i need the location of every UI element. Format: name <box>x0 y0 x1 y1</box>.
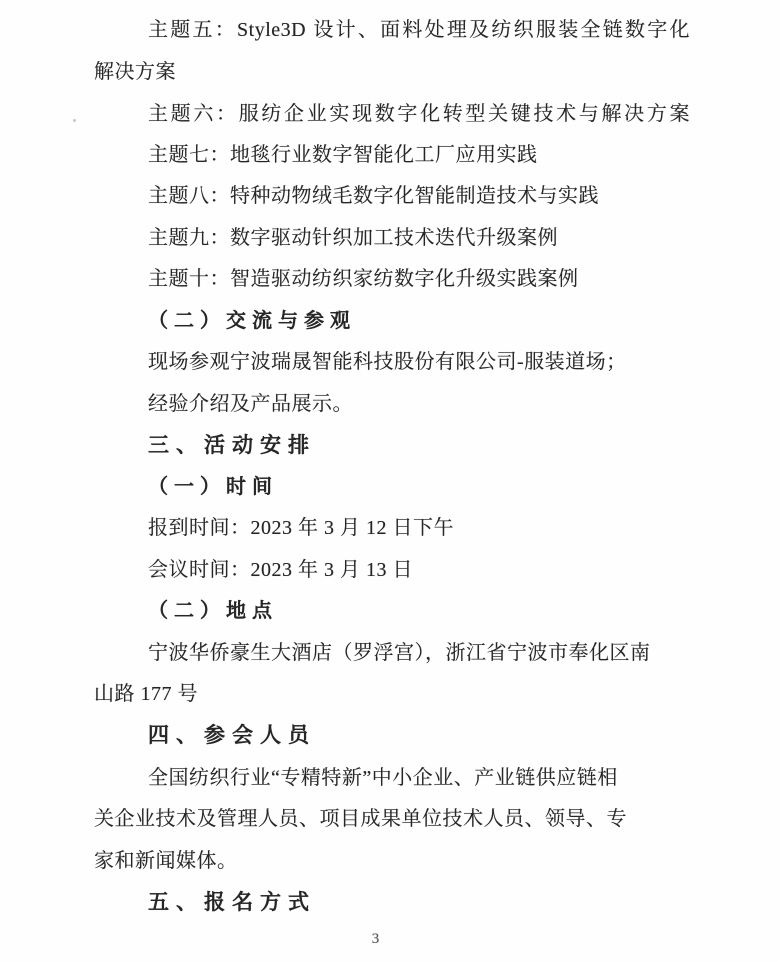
page-number: 3 <box>0 931 752 948</box>
topic-6: 主题六：服纺企业实现数字化转型关键技术与解决方案 <box>94 101 690 127</box>
section-heading-registration: 五、报名方式 <box>94 890 690 916</box>
subsection-heading-location: （二）地点 <box>94 598 690 624</box>
topic-9: 主题九：数字驱动针织加工技术迭代升级案例 <box>94 225 690 251</box>
location-line-2: 山路 177 号 <box>94 681 690 707</box>
section-heading-activity-arrangement: 三、活动安排 <box>94 433 690 459</box>
participants-line-1: 全国纺织行业“专精特新”中小企业、产业链供应链相 <box>94 765 690 791</box>
topic-7: 主题七：地毯行业数字智能化工厂应用实践 <box>94 142 690 168</box>
participants-line-3: 家和新闻媒体。 <box>94 848 690 874</box>
section-heading-exchange-visit: （二）交流与参观 <box>94 308 690 334</box>
visit-line-2: 经验介绍及产品展示。 <box>94 391 690 417</box>
subsection-heading-time: （一）时间 <box>94 474 690 500</box>
topic-8: 主题八：特种动物绒毛数字化智能制造技术与实践 <box>94 183 690 209</box>
checkin-time-line: 报到时间：2023 年 3 月 12 日下午 <box>94 515 690 541</box>
location-line-1: 宁波华侨豪生大酒店（罗浮宫），浙江省宁波市奉化区南 <box>94 640 690 666</box>
topic-5-line-1: 主题五：Style3D 设计、面料处理及纺织服装全链数字化 <box>94 17 690 43</box>
visit-line-1: 现场参观宁波瑞晟智能科技股份有限公司-服装道场； <box>94 349 690 375</box>
scan-artifact-dot <box>73 119 76 122</box>
topic-5-line-2: 解决方案 <box>94 59 690 85</box>
participants-line-2: 关企业技术及管理人员、项目成果单位技术人员、领导、专 <box>94 806 690 832</box>
document-page: 主题五：Style3D 设计、面料处理及纺织服装全链数字化 解决方案 主题六：服… <box>0 0 780 962</box>
meeting-time-line: 会议时间：2023 年 3 月 13 日 <box>94 557 690 583</box>
section-heading-participants: 四、参会人员 <box>94 723 690 749</box>
topic-10: 主题十：智造驱动纺织家纺数字化升级实践案例 <box>94 266 690 292</box>
